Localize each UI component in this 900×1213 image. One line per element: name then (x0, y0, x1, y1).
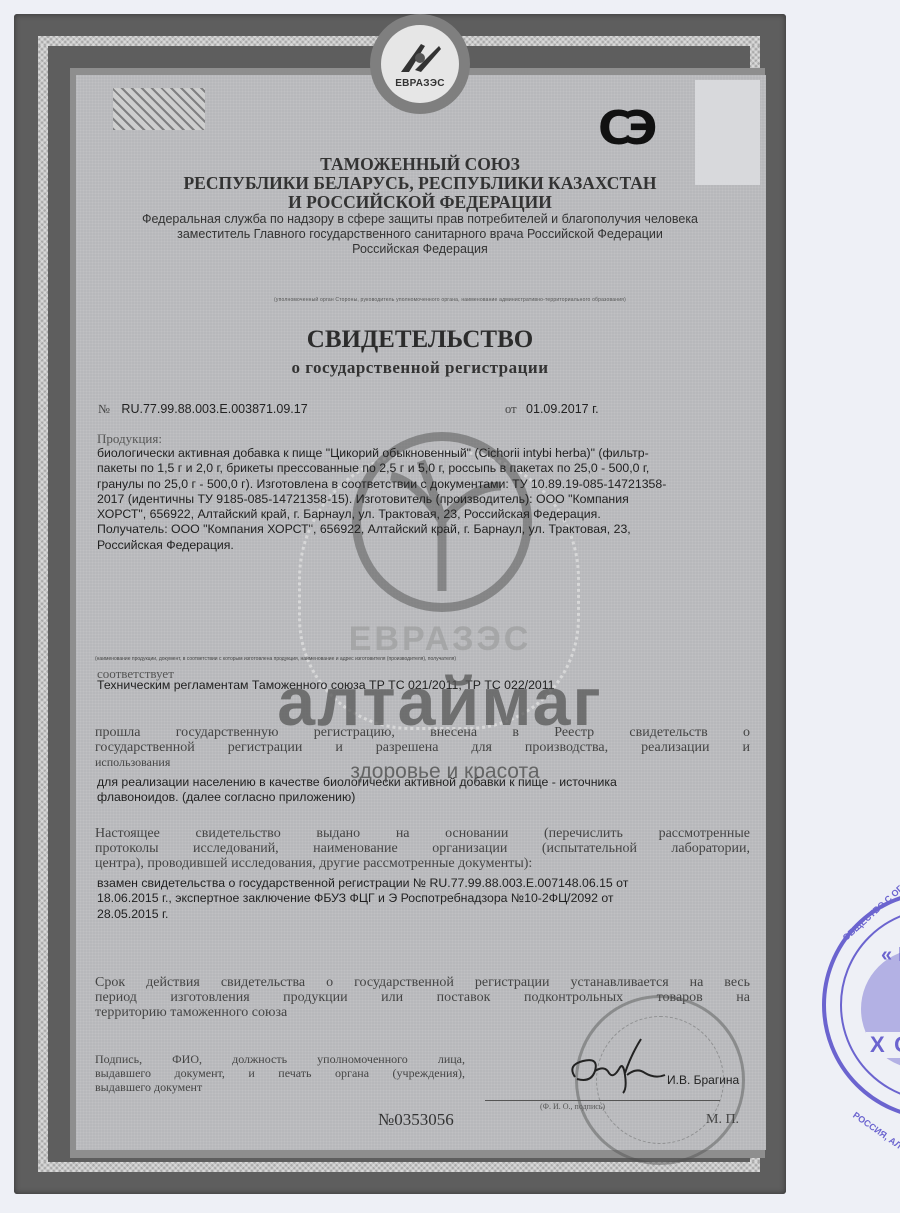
company-stamp: ОБЩЕСТВО С ОГРАНИЧЕННОЙ «КОМ ХОРС РОССИЯ… (822, 890, 900, 1120)
security-pattern (113, 88, 205, 130)
registration-number-label: № (98, 402, 110, 416)
agency-line-3: Российская Федерация (100, 242, 740, 257)
basis-statement-line: центра), проводившей исследования, други… (95, 856, 750, 871)
signature-line (485, 1100, 720, 1101)
registration-date-label: от (505, 402, 517, 416)
signature-caption-line: выдавшего документ (95, 1080, 465, 1094)
header-line-3: И РОССИЙСКОЙ ФЕДЕРАЦИИ (100, 193, 740, 212)
product-line: пакеты по 1,5 г и 2,0 г, брикеты прессов… (97, 461, 757, 476)
basis-detail-line: 18.06.2015 г., экспертное заключение ФБУ… (97, 891, 757, 906)
registration-statement-line: прошла государственную регистрацию, внес… (95, 725, 750, 740)
evrazes-emblem: ЕВРАЗЭС (370, 14, 470, 114)
product-line: гранулы по 25,0 г - 500,0 г). Изготовлен… (97, 477, 757, 492)
company-stamp-word-2: ХОРС (866, 1032, 900, 1058)
header-line-2: РЕСПУБЛИКИ БЕЛАРУСЬ, РЕСПУБЛИКИ КАЗАХСТА… (100, 174, 740, 193)
company-stamp-bottom-text: РОССИЯ, АЛТАЙСКИЙ (851, 1110, 900, 1175)
emblem-label: ЕВРАЗЭС (395, 78, 445, 89)
basis-detail-line: взамен свидетельства о государственной р… (97, 876, 757, 891)
validity-line: Срок действия свидетельства о государств… (95, 975, 750, 990)
evrazes-emblem-icon (395, 40, 445, 76)
registration-date-value: 01.09.2017 г. (526, 402, 599, 416)
basis-statement: Настоящее свидетельство выдано на основа… (95, 826, 750, 871)
seal-placement-label: М. П. (706, 1112, 739, 1128)
signature-caption: Подпись, ФИО, должность уполномоченного … (95, 1052, 465, 1094)
company-stamp-word-1: «КОМ (881, 944, 900, 967)
basis-statement-line: Настоящее свидетельство выдано на основа… (95, 826, 750, 841)
signature-caption-line: Подпись, ФИО, должность уполномоченного … (95, 1052, 465, 1066)
se-conformity-mark-icon: СЭ (598, 105, 650, 151)
usage-line: флавоноидов. (далее согласно приложению) (97, 790, 757, 805)
product-line: ХОРСТ", 656922, Алтайский край, г. Барна… (97, 507, 757, 522)
issuer-header: ТАМОЖЕННЫЙ СОЮЗ РЕСПУБЛИКИ БЕЛАРУСЬ, РЕС… (100, 155, 740, 257)
product-label: Продукция: (97, 431, 162, 447)
registration-statement-line: государственной регистрации и разрешена … (95, 740, 750, 755)
product-description: биологически активная добавка к пище "Ци… (97, 446, 757, 553)
handwritten-signature-icon (565, 1035, 675, 1095)
product-line: Российская Федерация. (97, 538, 757, 553)
basis-details: взамен свидетельства о государственной р… (97, 876, 757, 922)
header-line-1: ТАМОЖЕННЫЙ СОЮЗ (100, 155, 740, 174)
product-line: биологически активная добавка к пище "Ци… (97, 446, 757, 461)
signature-caption-line: выдавшего документ, и печать органа (учр… (95, 1066, 465, 1080)
registration-number: № RU.77.99.88.003.E.003871.09.17 (98, 402, 308, 417)
registration-date: от 01.09.2017 г. (505, 402, 599, 417)
basis-detail-line: 28.05.2015 г. (97, 907, 757, 922)
altaimag-watermark-tagline: здоровье и красота (290, 760, 600, 784)
basis-statement-line: протоколы исследований, наименование орг… (95, 841, 750, 856)
agency-line-1: Федеральная служба по надзору в сфере за… (100, 212, 740, 227)
issuer-fine-caption: (уполномоченный орган Стороны, руководит… (150, 297, 750, 303)
evrazes-watermark-text: ЕВРАЗЭС (300, 620, 580, 659)
document-subtitle: о государственной регистрации (100, 358, 740, 378)
registration-number-value: RU.77.99.88.003.E.003871.09.17 (121, 402, 307, 416)
signer-name: И.В. Брагина (667, 1073, 739, 1087)
form-serial-number: №0353056 (378, 1110, 454, 1130)
product-line: 2017 (идентичны ТУ 9185-085-14721358-15)… (97, 492, 757, 507)
product-fine-caption: (наименование продукции, документ, в соо… (95, 656, 745, 662)
document-title: СВИДЕТЕЛЬСТВО (100, 326, 740, 354)
product-line: Получатель: ООО "Компания ХОРСТ", 656922… (97, 522, 757, 537)
signer-caption: (Ф. И. О., подпись) (540, 1102, 605, 1111)
agency-line-2: заместитель Главного государственного са… (100, 227, 740, 242)
